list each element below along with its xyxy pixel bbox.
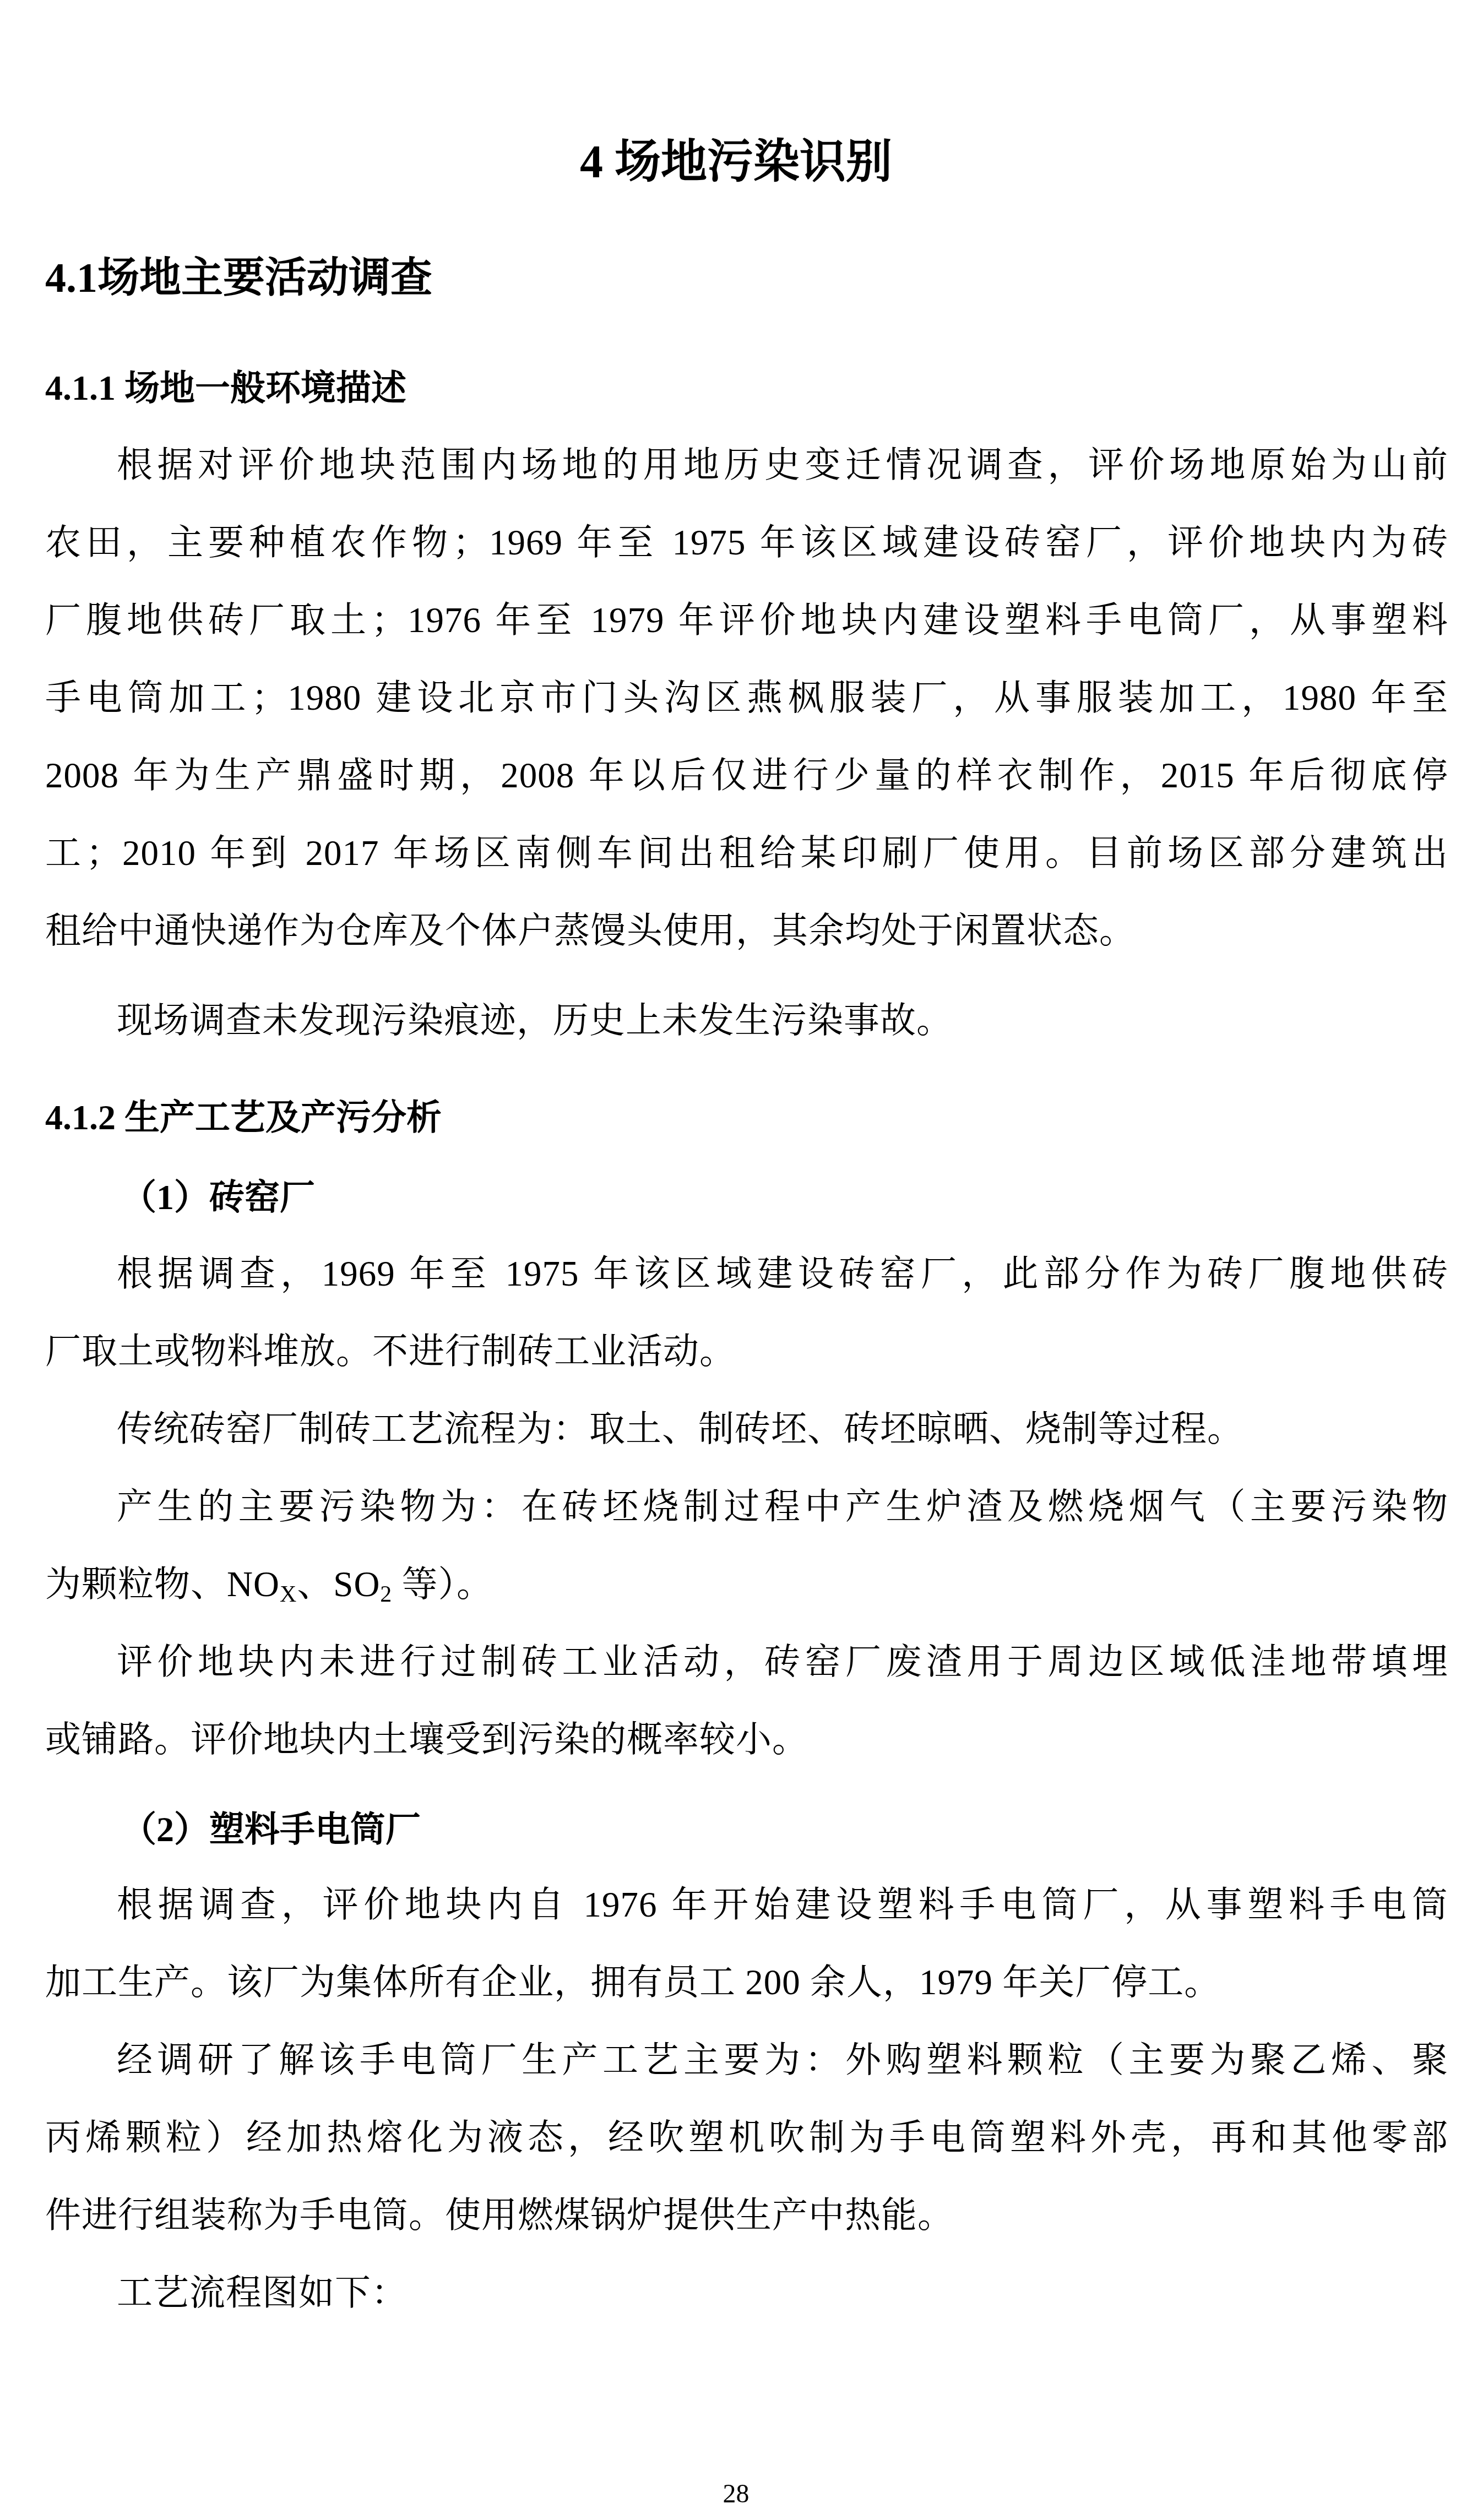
paragraph-site-history: 根据对评价地块范围内场地的用地历史变迁情况调查，评价场地原始为山前 农田，主要种… xyxy=(45,427,1448,970)
chapter-title: 4 场地污染识别 xyxy=(0,132,1472,193)
text-line: 件进行组装称为手电筒。使用燃煤锅炉提供生产中热能。 xyxy=(45,2177,1448,2255)
paragraph-flashlight-process: 经调研了解该手电筒厂生产工艺主要为：外购塑料颗粒（主要为聚乙烯、聚 丙烯颗粒）经… xyxy=(45,2022,1448,2255)
paragraph-brick-pollutants: 产生的主要污染物为：在砖坯烧制过程中产生炉渣及燃烧烟气（主要污染物 为颗粒物、N… xyxy=(45,1468,1448,1624)
document-page: 4 场地污染识别 4.1场地主要活动调查 4.1.1 场地一般环境描述 根据对评… xyxy=(0,0,1472,2520)
text-fragment: 、SO xyxy=(297,1565,380,1604)
subscript-x: X xyxy=(280,1582,297,1607)
text-line: 产生的主要污染物为：在砖坯烧制过程中产生炉渣及燃烧烟气（主要污染物 xyxy=(45,1468,1448,1546)
text-line: 手电筒加工；1980 建设北京市门头沟区燕枫服装厂，从事服装加工，1980 年至 xyxy=(45,660,1448,737)
text-line: 评价地块内未进行过制砖工业活动，砖窑厂废渣用于周边区域低洼地带填埋 xyxy=(45,1624,1448,1701)
paragraph-brick-kiln-survey: 根据调查，1969 年至 1975 年该区域建设砖窑厂，此部分作为砖厂腹地供砖 … xyxy=(45,1235,1448,1391)
subheading-brick-kiln: （1）砖窑厂 xyxy=(121,1173,315,1222)
page-number: 28 xyxy=(0,2478,1472,2511)
section-heading-4-1: 4.1场地主要活动调查 xyxy=(45,251,432,306)
text-line: 工；2010 年到 2017 年场区南侧车间出租给某印刷厂使用。目前场区部分建筑… xyxy=(45,815,1448,892)
text-line: 经调研了解该手电筒厂生产工艺主要为：外购塑料颗粒（主要为聚乙烯、聚 xyxy=(45,2022,1448,2099)
text-fragment: 等）。 xyxy=(392,1565,493,1604)
text-line: 租给中通快递作为仓库及个体户蒸馒头使用，其余均处于闲置状态。 xyxy=(45,892,1448,970)
subheading-plastic-flashlight-factory: （2）塑料手电筒厂 xyxy=(121,1805,421,1854)
paragraph-no-pollution-trace: 现场调查未发现污染痕迹，历史上未发生污染事故。 xyxy=(45,982,1448,1060)
text-line: 根据调查，评价地块内自 1976 年开始建设塑料手电筒厂，从事塑料手电筒 xyxy=(45,1866,1448,1944)
text-line: 厂取土或物料堆放。不进行制砖工业活动。 xyxy=(45,1313,1448,1391)
text-line: 或铺路。评价地块内土壤受到污染的概率较小。 xyxy=(45,1701,1448,1779)
text-fragment: 为颗粒物、NO xyxy=(45,1565,280,1604)
paragraph-brick-no-activity: 评价地块内未进行过制砖工业活动，砖窑厂废渣用于周边区域低洼地带填埋 或铺路。评价… xyxy=(45,1624,1448,1779)
text-line: 丙烯颗粒）经加热熔化为液态，经吹塑机吹制为手电筒塑料外壳，再和其他零部 xyxy=(45,2099,1448,2177)
subscript-2: 2 xyxy=(380,1582,392,1607)
text-line: 厂腹地供砖厂取土；1976 年至 1979 年评价地块内建设塑料手电筒厂，从事塑… xyxy=(45,582,1448,660)
text-line: 现场调查未发现污染痕迹，历史上未发生污染事故。 xyxy=(45,982,1448,1060)
paragraph-flowchart-intro: 工艺流程图如下： xyxy=(45,2255,1448,2332)
section-heading-4-1-1: 4.1.1 场地一般环境描述 xyxy=(45,363,406,413)
text-line: 工艺流程图如下： xyxy=(45,2255,1448,2332)
paragraph-flashlight-survey: 根据调查，评价地块内自 1976 年开始建设塑料手电筒厂，从事塑料手电筒 加工生… xyxy=(45,1866,1448,2022)
text-line: 根据对评价地块范围内场地的用地历史变迁情况调查，评价场地原始为山前 xyxy=(45,427,1448,504)
text-line: 农田，主要种植农作物；1969 年至 1975 年该区域建设砖窑厂，评价地块内为… xyxy=(45,504,1448,582)
text-line: 为颗粒物、NOX、SO2 等）。 xyxy=(45,1546,1448,1624)
text-line: 根据调查，1969 年至 1975 年该区域建设砖窑厂，此部分作为砖厂腹地供砖 xyxy=(45,1235,1448,1313)
section-heading-4-1-2: 4.1.2 生产工艺及产污分析 xyxy=(45,1093,442,1142)
text-line: 传统砖窑厂制砖工艺流程为：取土、制砖坯、砖坯晾晒、烧制等过程。 xyxy=(45,1391,1448,1468)
text-line: 加工生产。该厂为集体所有企业，拥有员工 200 余人，1979 年关厂停工。 xyxy=(45,1944,1448,2022)
paragraph-brick-process: 传统砖窑厂制砖工艺流程为：取土、制砖坯、砖坯晾晒、烧制等过程。 xyxy=(45,1391,1448,1468)
text-line: 2008 年为生产鼎盛时期，2008 年以后仅进行少量的样衣制作，2015 年后… xyxy=(45,737,1448,815)
